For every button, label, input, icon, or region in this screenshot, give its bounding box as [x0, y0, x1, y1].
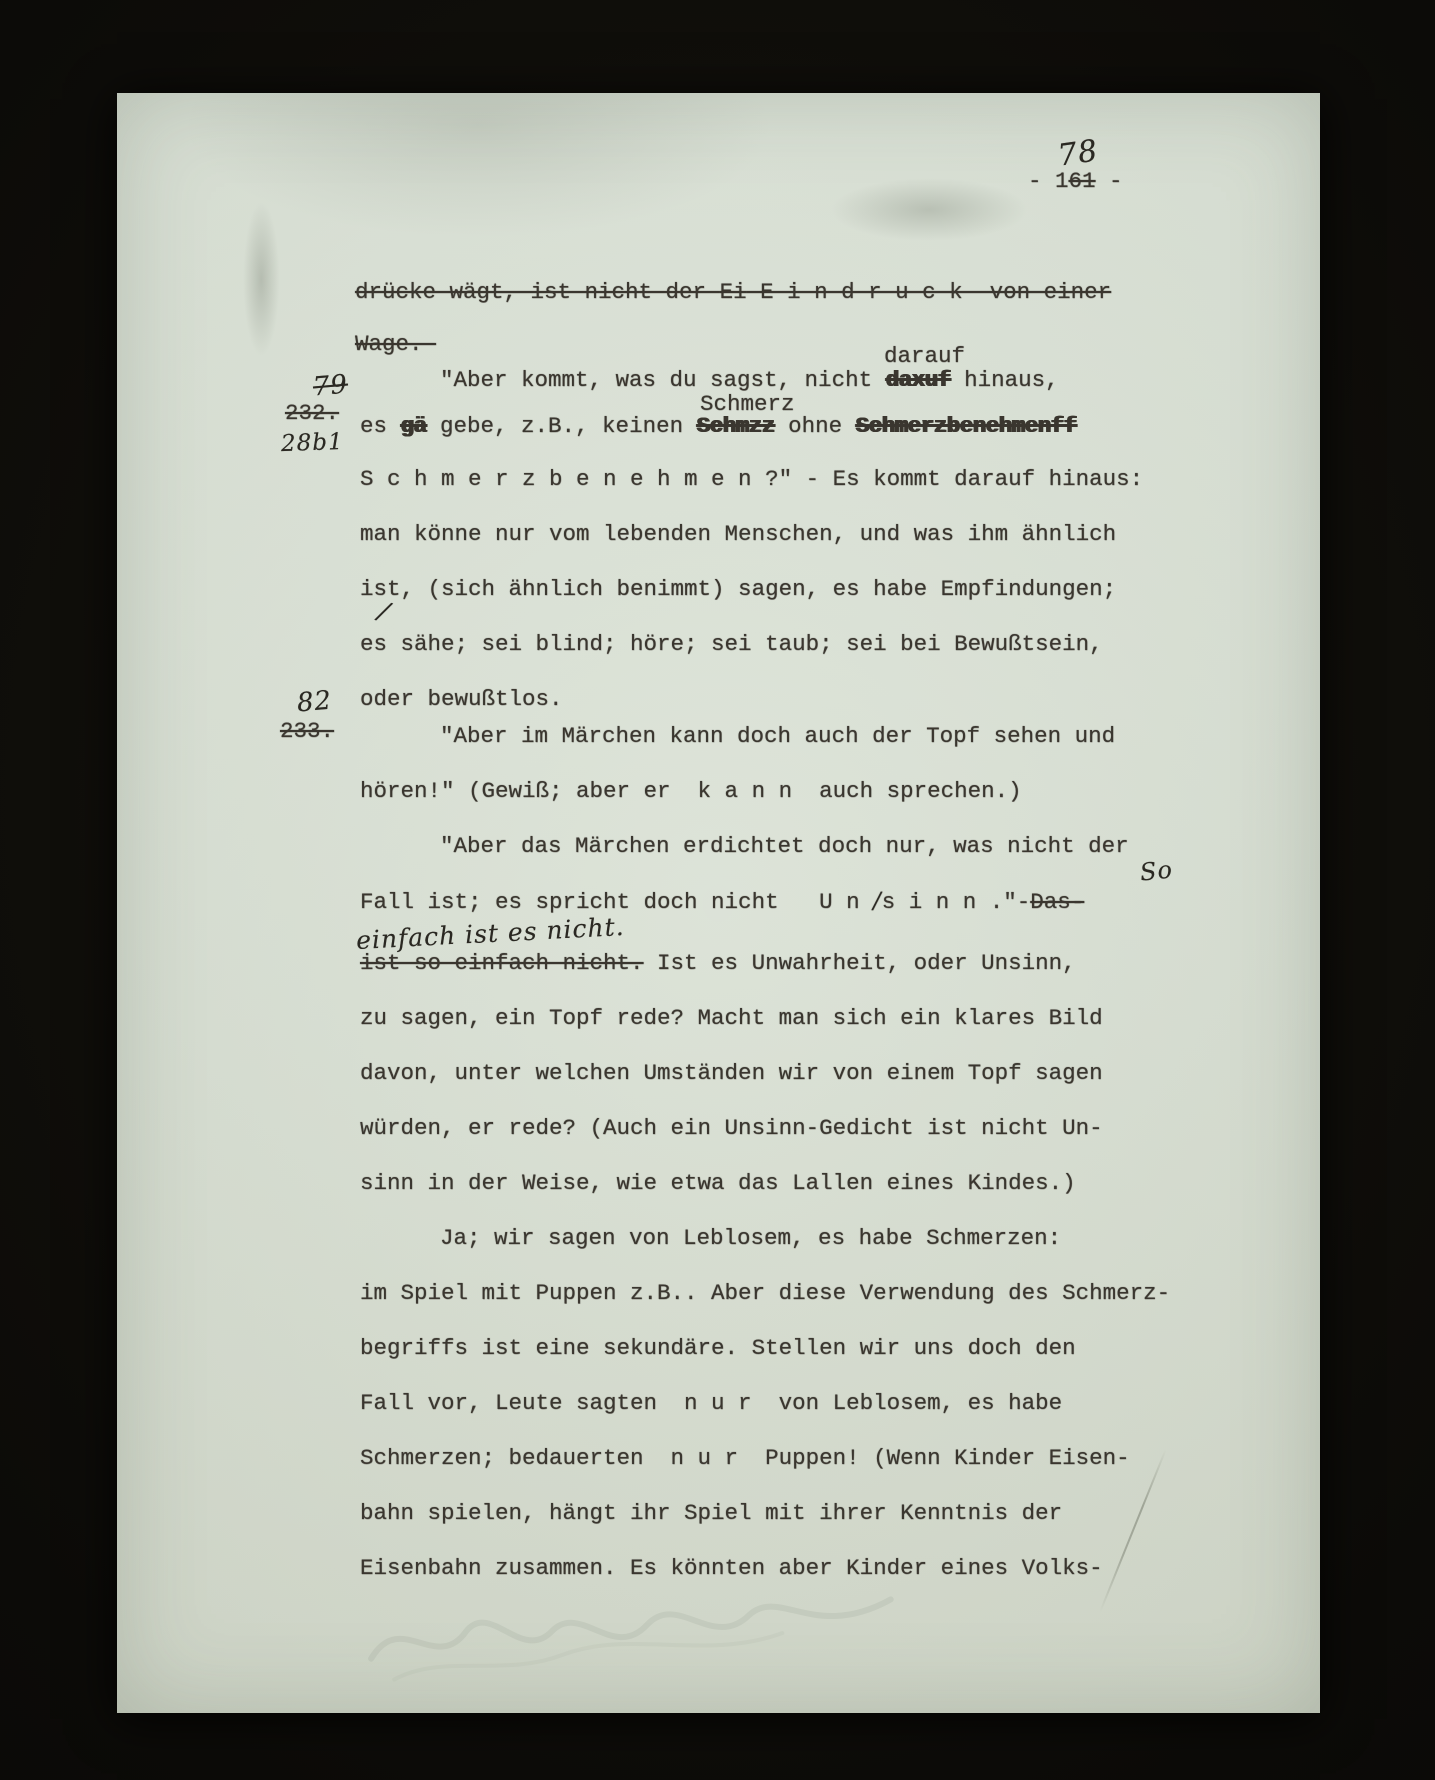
struck-line: drücke wägt, ist nicht der Ei E i n d r … [355, 281, 1111, 305]
struck-text: E i n d r u c k von einer [747, 279, 1112, 305]
typed-text: Ja; wir sagen von Leblosem, es habe Schm… [440, 1225, 1061, 1251]
typed-line: "Aber kommt, was du sagst, nicht daxuf h… [440, 369, 1059, 393]
struck-text: 233. [280, 718, 334, 744]
struck-text: drücke wägt, ist nicht der [355, 279, 720, 305]
overstruck-text: gä [401, 413, 427, 439]
typed-line: Fall vor, Leute sagten n u r von Leblose… [360, 1392, 1062, 1416]
margin-number-handwritten-struck: 79 [312, 372, 349, 402]
struck-text: Das- [1030, 889, 1084, 915]
handwritten-text: einfach ist es nicht. [355, 912, 625, 955]
typed-text: zu sagen, ein Topf rede? Macht man sich … [360, 1005, 1103, 1031]
typed-line: bahn spielen, hängt ihr Spiel mit ihrer … [360, 1502, 1062, 1526]
typed-text: begriffs ist eine sekundäre. Stellen wir… [360, 1335, 1076, 1361]
handwritten-line: einfach ist es nicht. [355, 914, 625, 954]
struck-text: 232. [285, 400, 339, 426]
handwritten-text: So [1139, 855, 1175, 886]
typed-text: darauf [884, 343, 965, 369]
paper-scratch-mark [1099, 1449, 1166, 1612]
overstruck-text: Schmzz [697, 413, 775, 439]
margin-number-handwritten: 28b1 [281, 430, 344, 456]
typed-line: zu sagen, ein Topf rede? Macht man sich … [360, 1007, 1103, 1031]
typed-line: oder bewußtlos. [360, 688, 563, 712]
typed-line: würden, er rede? (Auch ein Unsinn-Gedich… [360, 1117, 1103, 1141]
typed-text: S c h m e r z b e n e h m e n ?" - Es ko… [360, 466, 1143, 492]
typed-line: "Aber im Märchen kann doch auch der Topf… [440, 725, 1115, 749]
struck-text: Wage. [355, 331, 436, 357]
struck-text: ist so einfach nicht. [360, 950, 644, 976]
typed-text: s i n n ."- [882, 889, 1031, 915]
typed-text: würden, er rede? (Auch ein Unsinn-Gedich… [360, 1115, 1103, 1141]
typed-text: Eisenbahn zusammen. Es könnten aber Kind… [360, 1555, 1103, 1581]
typed-text: Fall ist; es spricht doch nicht U n [360, 889, 873, 915]
typed-line: davon, unter welchen Umständen wir von e… [360, 1062, 1103, 1086]
typed-line: Eisenbahn zusammen. Es könnten aber Kind… [360, 1557, 1103, 1581]
hand-insertion-mark: / [375, 598, 393, 627]
typed-line: es sähe; sei blind; höre; sei taub; sei … [360, 633, 1103, 657]
inserted-word-handwritten: So [1139, 857, 1174, 885]
typed-line: Schmerzen; bedauerten n u r Puppen! (Wen… [360, 1447, 1130, 1471]
typed-line: "Aber das Märchen erdichtet doch nur, wa… [440, 835, 1129, 859]
page-number-typed: - 161 - [1028, 170, 1123, 194]
overstruck-text: daxuf [886, 367, 951, 393]
typed-line: es gä gebe, z.B., keinen Schmzz ohne Sch… [360, 415, 1077, 439]
typed-text: ist, (sich ähnlich benimmt) sagen, es ha… [360, 576, 1116, 602]
overstruck-text: Schmerzbenehmenff [856, 413, 1077, 439]
typed-line: ist, (sich ähnlich benimmt) sagen, es ha… [360, 578, 1116, 602]
typed-text: man könne nur vom lebenden Menschen, und… [360, 521, 1116, 547]
typed-text: oder bewußtlos. [360, 686, 563, 712]
typed-line: begriffs ist eine sekundäre. Stellen wir… [360, 1337, 1076, 1361]
handwritten-text: 78 [1056, 133, 1101, 173]
typed-line: S c h m e r z b e n e h m e n ?" - Es ko… [360, 468, 1143, 492]
scan-background: - 161 -78drücke wägt, ist nicht der Ei E… [0, 0, 1435, 1780]
typed-text: hinaus, [951, 367, 1059, 393]
margin-number-handwritten: 82 [296, 688, 333, 718]
typed-text: ohne [775, 413, 856, 439]
typed-line: man könne nur vom lebenden Menschen, und… [360, 523, 1116, 547]
typed-text: bahn spielen, hängt ihr Spiel mit ihrer … [360, 1500, 1062, 1526]
typed-text: es [360, 413, 401, 439]
typed-line: Ja; wir sagen von Leblosem, es habe Schm… [440, 1227, 1061, 1251]
typed-line: ist so einfach nicht. Ist es Unwahrheit,… [360, 952, 1076, 976]
typed-text: "Aber das Märchen erdichtet doch nur, wa… [440, 833, 1129, 859]
typed-text: gebe, z.B., keinen [427, 413, 697, 439]
typed-line: sinn in der Weise, wie etwa das Lallen e… [360, 1172, 1076, 1196]
page-number-handwritten: 78 [1056, 135, 1100, 172]
inserted-word-typed: darauf [884, 345, 965, 369]
typed-line: Fall ist; es spricht doch nicht U n ∕s i… [360, 890, 1084, 915]
typed-text: "Aber kommt, was du sagst, nicht [440, 367, 886, 393]
typed-text: sinn in der Weise, wie etwa das Lallen e… [360, 1170, 1076, 1196]
typed-text: im Spiel mit Puppen z.B.. Aber diese Ver… [360, 1280, 1170, 1306]
margin-number-typed-struck: 232. [285, 402, 339, 426]
handwritten-text: 82 [296, 686, 334, 719]
faint-pencil-show-through-marks [360, 1569, 904, 1692]
typed-text: hören!" (Gewiß; aber er k a n n auch spr… [360, 778, 1022, 804]
struck-text: Ei [720, 279, 747, 305]
typed-text: davon, unter welchen Umständen wir von e… [360, 1060, 1103, 1086]
handwritten-struck-text: 79 [312, 370, 350, 403]
typed-text: "Aber im Märchen kann doch auch der Topf… [440, 723, 1115, 749]
typed-line: im Spiel mit Puppen z.B.. Aber diese Ver… [360, 1282, 1170, 1306]
typed-text: Schmerzen; bedauerten n u r Puppen! (Wen… [360, 1445, 1130, 1471]
margin-number-typed-struck: 233. [280, 720, 334, 744]
typed-text: Ist es Unwahrheit, oder Unsinn, [644, 950, 1076, 976]
handwritten-text: ∕ [873, 888, 882, 914]
manuscript-page: - 161 -78drücke wägt, ist nicht der Ei E… [117, 93, 1320, 1713]
typed-text: es sähe; sei blind; höre; sei taub; sei … [360, 631, 1103, 657]
typed-line: hören!" (Gewiß; aber er k a n n auch spr… [360, 780, 1022, 804]
handwritten-text: 28b1 [281, 429, 344, 457]
typed-text: Fall vor, Leute sagten n u r von Leblose… [360, 1390, 1062, 1416]
struck-line: Wage. [355, 333, 436, 357]
typed-text: - [1096, 168, 1123, 194]
